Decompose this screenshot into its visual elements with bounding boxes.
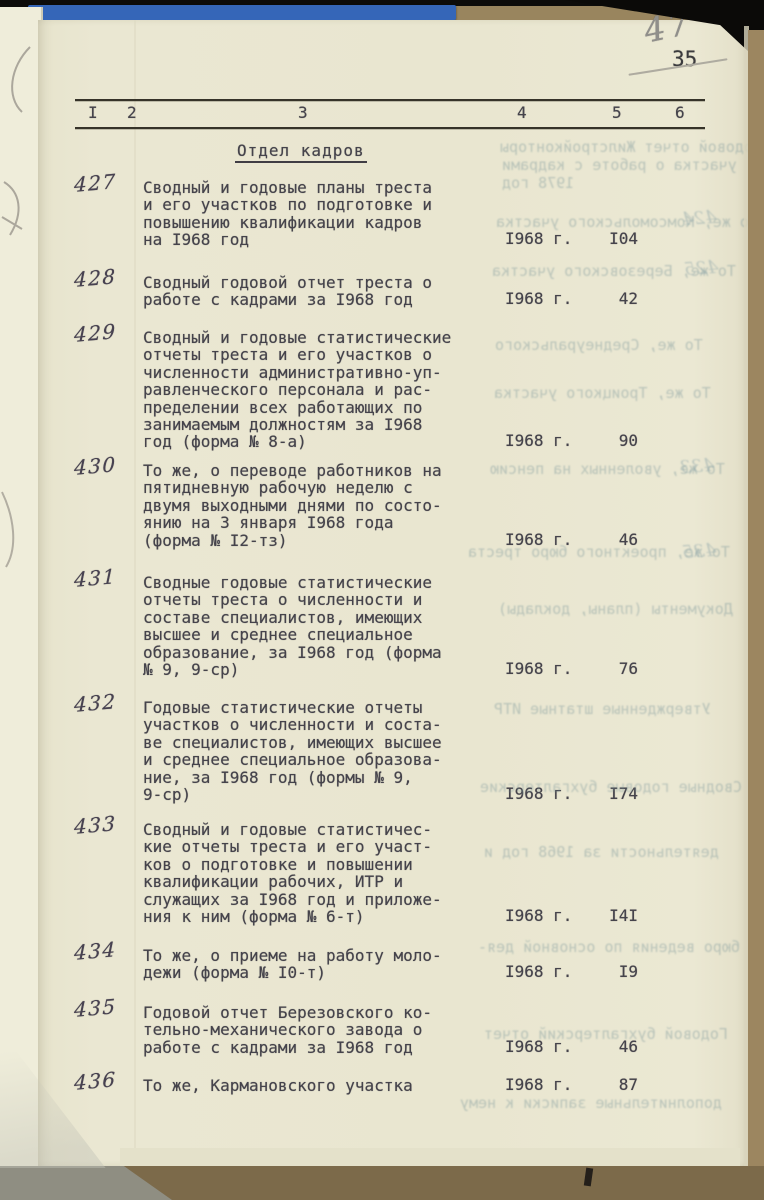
entry-number-handwritten: 435 <box>74 998 117 1019</box>
column-number-4: 4 <box>517 104 527 121</box>
document-page: 47 35 I 2 3 4 5 6 Отдел кадров 427 Сводн… <box>38 20 750 1166</box>
bleedthrough-margin-number: 425 <box>683 257 719 280</box>
entry-date: I968 г. <box>505 230 572 247</box>
entry-number-handwritten: 431 <box>74 568 117 589</box>
table-header-rule-top <box>75 99 705 101</box>
entry-description: Сводный и годовые планы треста и его уча… <box>143 179 495 249</box>
binding-cover-right <box>748 30 764 1200</box>
column-number-2: 2 <box>127 104 137 121</box>
bleedthrough-text: деятельности за 1968 год и <box>484 843 719 861</box>
archive-scan: 47 35 I 2 3 4 5 6 Отдел кадров 427 Сводн… <box>0 0 764 1200</box>
entry-number-handwritten: 429 <box>74 323 117 344</box>
entry-description: То же, о приеме на работу моло- дежи (фо… <box>143 947 495 982</box>
entry-description: То же, Кармановского участка <box>143 1077 495 1094</box>
entry-page-count: I9 <box>619 963 638 980</box>
entry-page-count: 42 <box>619 290 638 307</box>
column-number-1: I <box>88 104 98 121</box>
entry-page-count: 76 <box>619 660 638 677</box>
bleedthrough-text: дополнительные записки к нему <box>460 1094 722 1112</box>
blue-tape <box>28 5 456 20</box>
bleedthrough-text: Документы (планы, доклады) <box>498 600 733 618</box>
entry-number-handwritten: 432 <box>74 693 117 714</box>
entry-page-count: I04 <box>609 230 638 247</box>
entry-date: I968 г. <box>505 907 572 924</box>
bleedthrough-text: Утвержденные штатные ИТР <box>494 700 711 718</box>
entry-date: I968 г. <box>505 432 572 449</box>
bleedthrough-margin-number: 433 <box>679 455 715 478</box>
bleedthrough-text: 1978 год <box>502 174 574 192</box>
entry-number-handwritten: 433 <box>74 815 117 836</box>
table-row-433: 433 Сводный и годовые статистичес- кие о… <box>76 821 638 925</box>
bleedthrough-margin-number: 424 <box>681 207 717 230</box>
bleedthrough-text: участка о работе с кадрами <box>502 156 737 174</box>
pencil-scribble <box>0 7 41 1175</box>
entry-description: Сводные годовые статистические отчеты тр… <box>143 574 495 678</box>
column-number-5: 5 <box>612 104 622 121</box>
entry-description: Сводный и годовые статистичес- кие отчет… <box>143 821 495 925</box>
table-row-431: 431 Сводные годовые статистические отчет… <box>76 574 638 678</box>
bleedthrough-text: Годовой бухгалтерский отчет <box>484 1025 728 1043</box>
underlying-sheet-left <box>0 7 43 1175</box>
bleedthrough-text: То же, Троицкого участка <box>494 384 711 402</box>
bleedthrough-margin-number: 435 <box>681 540 717 563</box>
entry-date: I968 г. <box>505 1076 572 1093</box>
entry-description: То же, о переводе работников на пятиднев… <box>143 462 495 549</box>
entry-number-handwritten: 428 <box>74 268 117 289</box>
table-row-436: 436 То же, Кармановского участка I968 г.… <box>76 1077 638 1094</box>
entry-number-handwritten: 436 <box>74 1071 117 1092</box>
table-header-rule-bottom <box>75 127 705 129</box>
entry-number-handwritten: 434 <box>74 941 117 962</box>
underlying-sheet-bottom <box>120 1148 740 1168</box>
entry-date: I968 г. <box>505 290 572 307</box>
bleedthrough-text: То же, Среднеуральского <box>495 336 703 354</box>
entry-description: Сводный и годовые статистические отчеты … <box>143 329 495 451</box>
section-title: Отдел кадров <box>235 142 367 163</box>
column-number-3: 3 <box>298 104 308 121</box>
entry-page-count: 87 <box>619 1076 638 1093</box>
entry-description: Годовые статистические отчеты участков о… <box>143 699 495 803</box>
entry-number-handwritten: 430 <box>74 456 117 477</box>
entry-page-count: I4I <box>609 907 638 924</box>
entry-description: Сводный годовой отчет треста о работе с … <box>143 274 495 309</box>
entry-date: I968 г. <box>505 963 572 980</box>
entry-date: I968 г. <box>505 660 572 677</box>
bleedthrough-text: бюро ведения по основной дея- <box>478 938 740 956</box>
bleedthrough-text: Годовой отчет Жилстройконторы <box>500 138 762 156</box>
bleedthrough-text: Сводные годовые бухгалтерские <box>480 778 742 796</box>
entry-number-handwritten: 427 <box>74 173 117 194</box>
entry-description: Годовой отчет Березовского ко- тельно-ме… <box>143 1004 495 1056</box>
entry-page-count: 90 <box>619 432 638 449</box>
bleedthrough-text: То же, Комсомольского участка <box>496 213 758 231</box>
column-number-6: 6 <box>675 104 685 121</box>
